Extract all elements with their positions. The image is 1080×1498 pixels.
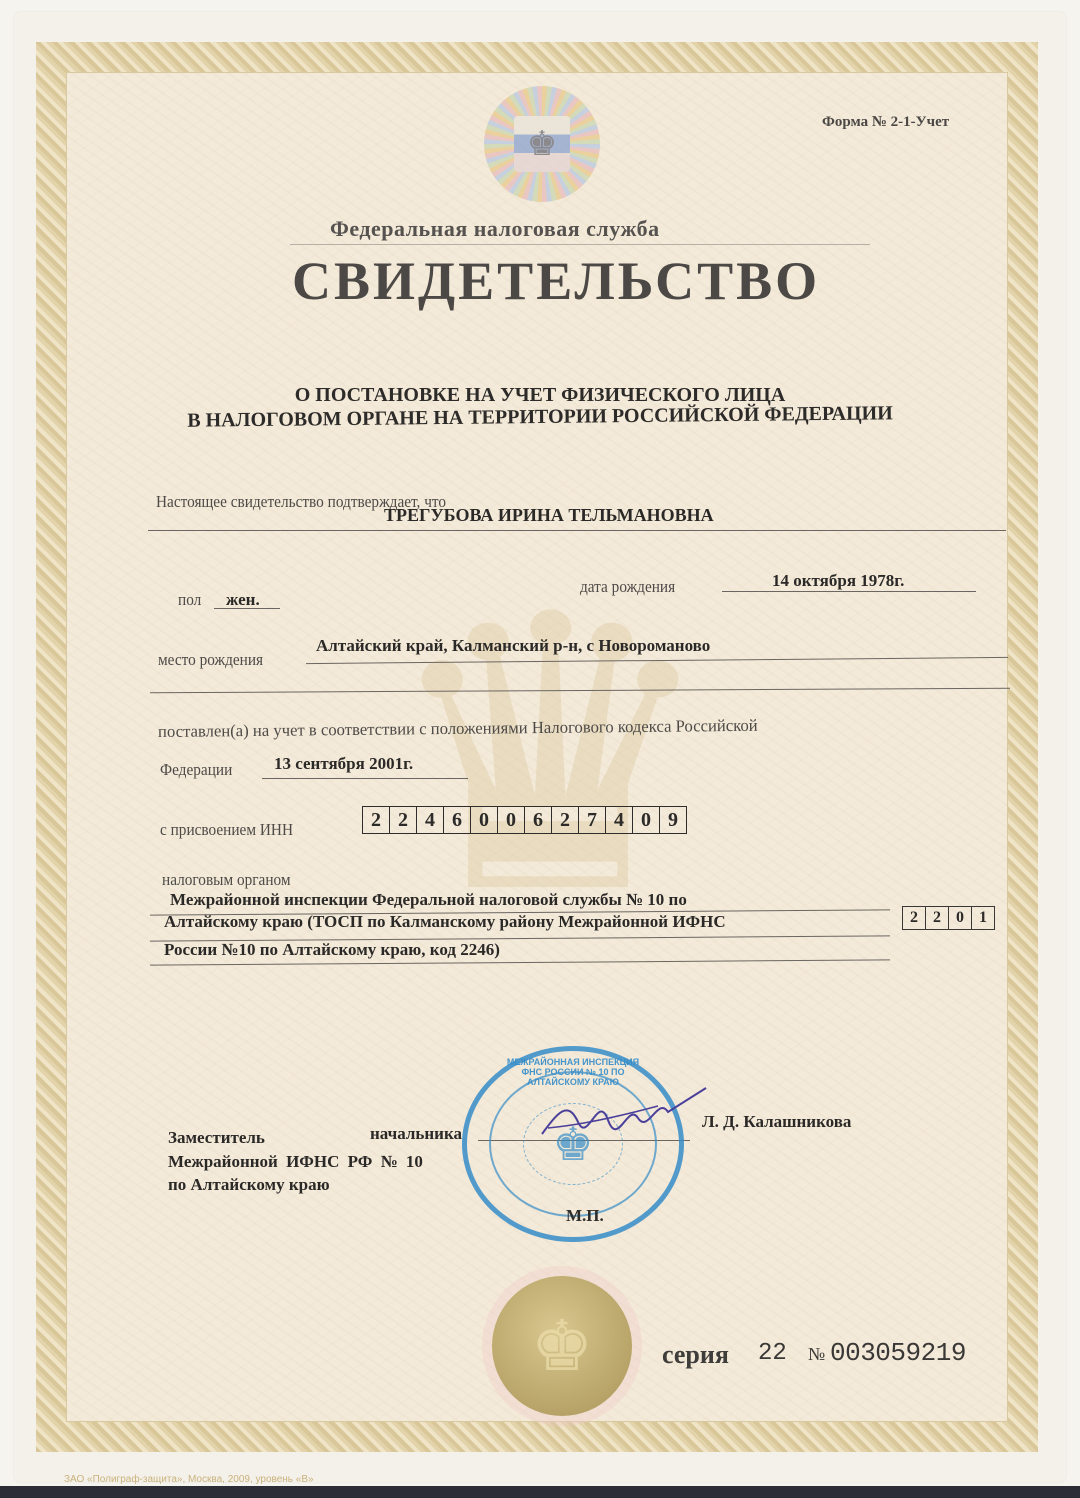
- serial-number: 003059219: [830, 1338, 966, 1368]
- inn-digit: 0: [498, 807, 525, 833]
- inn-digit: 9: [660, 807, 686, 833]
- tax-authority-line-3: России №10 по Алтайскому краю, код 2246): [164, 940, 500, 960]
- full-name: ТРЕГУБОВА ИРИНА ТЕЛЬМАНОВНА: [384, 505, 714, 526]
- inn-digit: 6: [444, 807, 471, 833]
- inn-digit: 0: [633, 807, 660, 833]
- inn-digit: 7: [579, 807, 606, 833]
- inn-digit: 4: [417, 807, 444, 833]
- name-rule: [148, 530, 1006, 531]
- tax-authority-code-boxes: 2201: [902, 906, 995, 930]
- inn-label: с присвоением ИНН: [160, 820, 293, 840]
- inn-digit-boxes: 224600627409: [362, 806, 687, 834]
- eagle-icon: ♚: [484, 86, 600, 202]
- signature-icon: [538, 1082, 708, 1142]
- tax-authority-line-1: Межрайонной инспекции Федеральной налого…: [170, 890, 687, 910]
- seal-place-label: М.П.: [566, 1206, 604, 1226]
- inn-digit: 2: [363, 807, 390, 833]
- emboss-eagle-icon: ♚: [492, 1276, 632, 1416]
- agency-name: Федеральная налоговая служба: [330, 216, 660, 242]
- registration-date-rule: [262, 778, 468, 779]
- birth-place-value: Алтайский край, Калманский р-н, с Новоро…: [316, 636, 710, 656]
- inn-digit: 6: [525, 807, 552, 833]
- tax-authority-code-digit: 2: [903, 907, 926, 929]
- birth-date-rule: [722, 591, 976, 592]
- position-line3: по Алтайскому краю: [168, 1175, 330, 1195]
- sex-label: пол: [178, 590, 201, 610]
- agency-divider: [290, 244, 870, 245]
- inn-digit: 2: [552, 807, 579, 833]
- birth-date-value: 14 октября 1978г.: [772, 571, 904, 591]
- federation-label: Федерации: [160, 760, 232, 780]
- russian-eagle-hologram-icon: ♚: [484, 86, 600, 202]
- tax-authority-code-digit: 0: [949, 907, 972, 929]
- document-title: СВИДЕТЕЛЬСТВО: [292, 250, 820, 312]
- tax-authority-line-2: Алтайскому краю (ТОСП по Калманскому рай…: [164, 912, 726, 932]
- tax-authority-label: налоговым органом: [162, 870, 291, 890]
- tax-authority-code-digit: 1: [972, 907, 994, 929]
- form-number: Форма № 2-1-Учет: [822, 114, 949, 131]
- birth-date-label: дата рождения: [580, 577, 675, 597]
- position-line1-b: начальника: [370, 1124, 462, 1144]
- inn-digit: 2: [390, 807, 417, 833]
- inn-digit: 0: [471, 807, 498, 833]
- sex-value: жен.: [226, 590, 260, 610]
- serial-number-sign: №: [808, 1344, 825, 1365]
- sex-rule: [214, 608, 280, 609]
- tax-authority-code-digit: 2: [926, 907, 949, 929]
- position-line2: Межрайонной ИФНС РФ № 10: [168, 1152, 423, 1172]
- position-line1-a: Заместитель: [168, 1128, 265, 1148]
- printer-imprint: ЗАО «Полиграф-защита», Москва, 2009, уро…: [64, 1474, 314, 1485]
- registration-date: 13 сентября 2001г.: [274, 754, 413, 774]
- gold-eagle-seal-icon: ♚: [492, 1276, 632, 1416]
- serial-label: серия: [662, 1340, 729, 1370]
- signer-name: Л. Д. Калашникова: [702, 1112, 851, 1132]
- inn-digit: 4: [606, 807, 633, 833]
- scan-edge: [0, 1486, 1080, 1498]
- serial-series: 22: [758, 1340, 787, 1367]
- birth-place-label: место рождения: [158, 650, 263, 670]
